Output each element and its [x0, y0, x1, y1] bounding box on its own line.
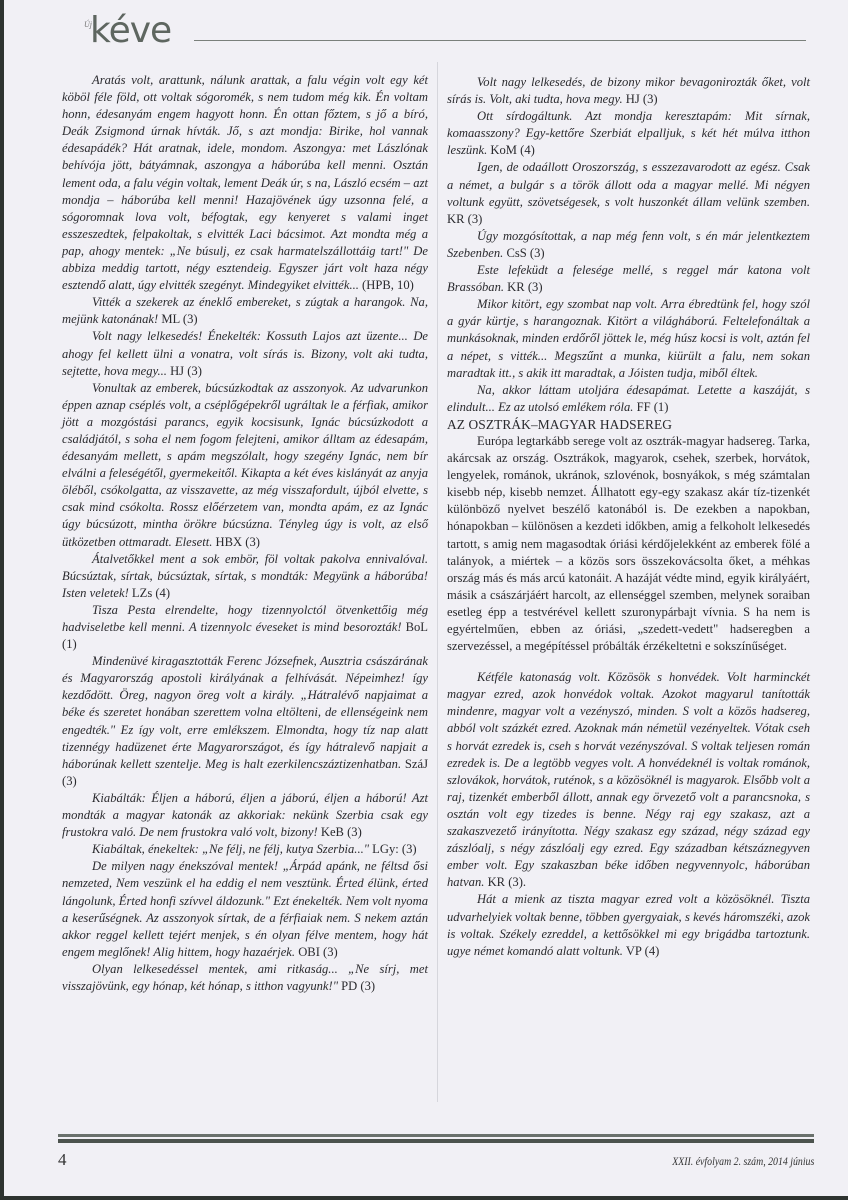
paragraph: Mindenüvé kiragasztották Ferenc Józsefne… [62, 653, 428, 790]
section-paragraph: Európa legtarkább serege volt az osztrák… [447, 433, 810, 655]
source-code: KR (3) [504, 280, 542, 294]
source-code: LGy: (3) [369, 842, 417, 856]
paragraph: Aratás volt, arattunk, nálunk arattak, a… [62, 72, 428, 294]
source-code: VP (4) [623, 944, 659, 958]
source-code: OBI (3) [295, 945, 338, 959]
left-column: Aratás volt, arattunk, nálunk arattak, a… [62, 72, 428, 995]
paragraph: Kiabáltak, énekeltek: „Ne félj, ne félj,… [62, 841, 428, 858]
source-code: ML (3) [158, 312, 197, 326]
source-code: (HPB, 10) [359, 278, 414, 292]
paragraph: Hát a mienk az tiszta magyar ezred volt … [447, 891, 810, 959]
paragraph: Volt nagy lelkesedés, de bizony mikor be… [447, 74, 810, 108]
header-rule [194, 40, 806, 41]
paragraph: Vitték a szekerek az éneklő embereket, s… [62, 294, 428, 328]
paragraph: Olyan lelkesedéssel mentek, ami ritkaság… [62, 961, 428, 995]
paragraph: Átalvetőkkel ment a sok embör, föl volta… [62, 551, 428, 602]
paragraph: De milyen nagy énekszóval mentek! „Árpád… [62, 858, 428, 961]
page-number: 4 [58, 1150, 67, 1170]
page-header: Új kéve [84, 14, 804, 50]
source-code: KoM (4) [487, 143, 535, 157]
paragraph: Igen, de odaállott Oroszország, s esszez… [447, 159, 810, 227]
source-code: KR (3). [484, 875, 526, 889]
scan-bottom-edge [0, 1196, 848, 1200]
footer-rule [58, 1134, 814, 1143]
footer-rule-thick [58, 1139, 814, 1143]
source-code: KeB (3) [318, 825, 362, 839]
paragraph: Úgy mozgósítottak, a nap még fenn volt, … [447, 228, 810, 262]
source-code: KR (3) [447, 212, 482, 226]
source-code: PD (3) [338, 979, 375, 993]
paragraph: Este lefeküdt a felesége mellé, s reggel… [447, 262, 810, 296]
paragraph: Na, akkor láttam utoljára édesapámat. Le… [447, 382, 810, 416]
source-code: LZs (4) [129, 586, 170, 600]
source-code: HJ (3) [623, 92, 658, 106]
paragraph: Ott sírdogáltunk. Azt mondja keresztapám… [447, 108, 810, 159]
source-code: FF (1) [633, 400, 668, 414]
paragraph: Mikor kitört, egy szombat nap volt. Arra… [447, 296, 810, 381]
magazine-logo: kéve [90, 10, 171, 51]
source-code: HBX (3) [212, 535, 260, 549]
source-code: HJ (3) [167, 364, 202, 378]
source-code: CsS (3) [503, 246, 544, 260]
paragraph: Tisza Pesta elrendelte, hogy tizennyolct… [62, 602, 428, 653]
paragraph: Vonultak az emberek, búcsúzkodtak az ass… [62, 380, 428, 551]
paragraph: Kétféle katonaság volt. Közösök s honvéd… [447, 669, 810, 891]
scan-left-edge [0, 0, 4, 1200]
right-column: Volt nagy lelkesedés, de bizony mikor be… [447, 74, 810, 960]
paragraph: Kiabálták: Éljen a háború, éljen a jábor… [62, 790, 428, 841]
issue-info: XXII. évfolyam 2. szám, 2014 június [672, 1154, 814, 1169]
column-divider [437, 62, 438, 1102]
paragraph: Volt nagy lelkesedés! Énekelték: Kossuth… [62, 328, 428, 379]
footer-rule-thin [58, 1134, 814, 1137]
spacer [447, 655, 810, 669]
section-heading: AZ OSZTRÁK–MAGYAR HADSEREG [447, 416, 810, 433]
